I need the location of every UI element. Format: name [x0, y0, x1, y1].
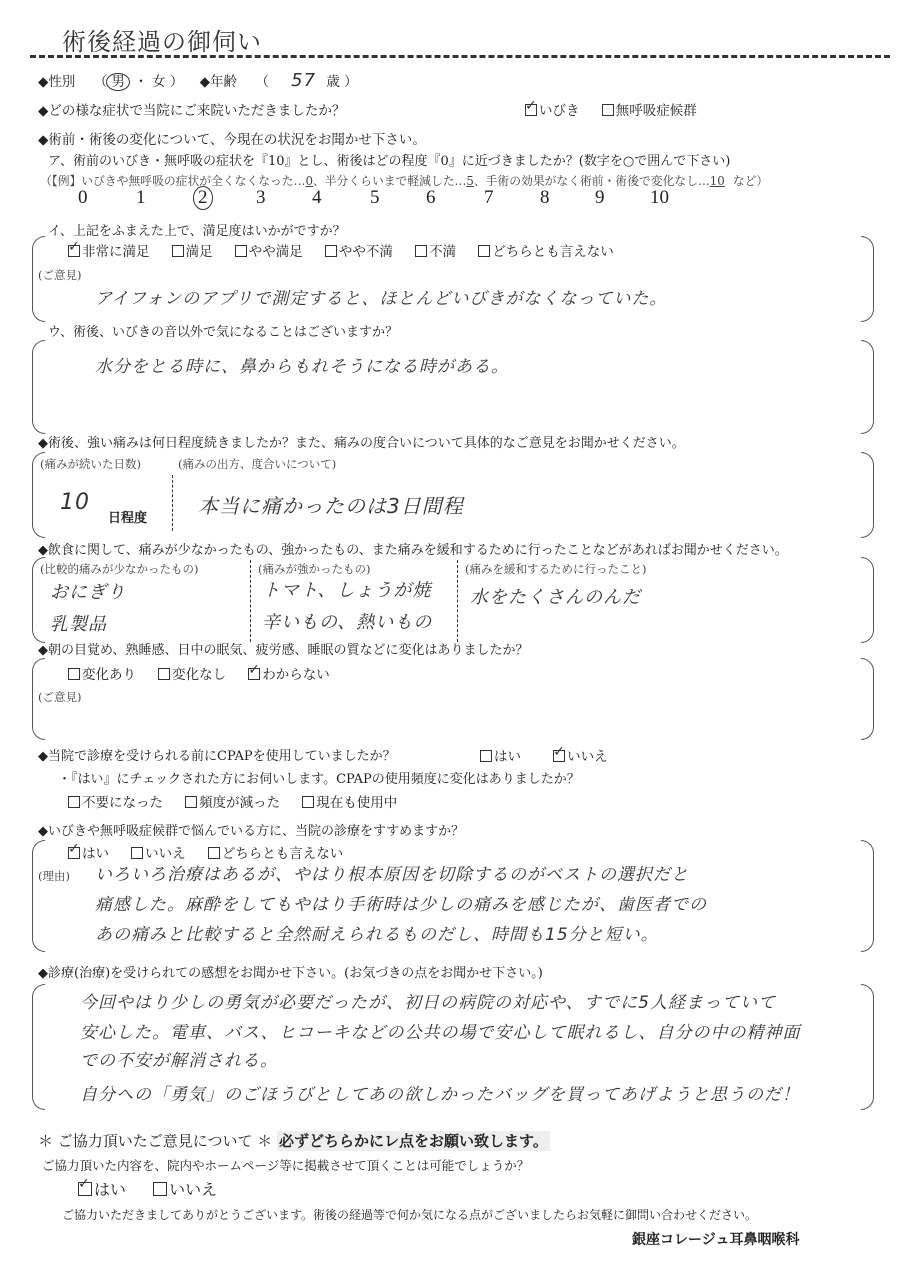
- change-sub-a: ア、術前のいびき・無呼吸の症状を『10』とし、術後はどの程度『0』に近づきました…: [48, 150, 730, 169]
- consent-question: ご協力頂いた内容を、院内やホームページ等に掲載させて頂くことは可能でしょうか？: [42, 1156, 529, 1174]
- sleep-options: 変化あり 変化なし わからない: [68, 663, 348, 683]
- consent-option-yes[interactable]: はい: [78, 1177, 126, 1200]
- checkbox-icon[interactable]: [68, 847, 80, 859]
- pain-days-unit: 日程度: [108, 507, 147, 526]
- recommend-options: はい いいえ どちらとも言えない: [68, 842, 361, 862]
- recommend-option-yes[interactable]: はい: [68, 842, 109, 862]
- checkbox-icon[interactable]: [302, 796, 314, 808]
- checkbox-icon[interactable]: [158, 668, 170, 680]
- checkbox-icon[interactable]: [78, 1182, 92, 1196]
- sleep-option-changed[interactable]: 変化あり: [68, 663, 136, 683]
- checkbox-icon[interactable]: [248, 668, 260, 680]
- checkbox-icon[interactable]: [131, 847, 143, 859]
- consent-option-no[interactable]: いいえ: [153, 1177, 217, 1200]
- satisfaction-option-neither[interactable]: どちらとも言えない: [478, 240, 614, 260]
- checkbox-icon[interactable]: [68, 668, 80, 680]
- satisfaction-option-dissatisfied[interactable]: 不満: [415, 240, 456, 260]
- cpap-option-yes[interactable]: はい: [480, 745, 521, 765]
- title-divider: [30, 55, 890, 58]
- impression-line-1[interactable]: 今回やはり少しの勇気が必要だったが、初日の病院の対応や、すでに5人経まっていて: [80, 988, 776, 1013]
- recommend-option-neither[interactable]: どちらとも言えない: [208, 842, 344, 862]
- pain-days-value[interactable]: 10: [60, 490, 90, 515]
- food-strong-item-2[interactable]: 辛いもの、熱いもの: [262, 608, 432, 634]
- food-divider-1: [250, 560, 251, 642]
- impression-question: ◆診療(治療)を受けられての感想をお聞かせ下さい。(お気づきの点をお聞かせ下さい…: [38, 962, 543, 981]
- checkbox-icon[interactable]: [415, 245, 427, 257]
- consent-required-note: 必ずどちらかにレ点をお願い致します。: [277, 1131, 550, 1151]
- page-title: 術後経過の御伺い: [62, 22, 262, 57]
- checkbox-icon[interactable]: [525, 104, 537, 116]
- pain-detail-label: (痛みの出方、度合いについて): [178, 456, 336, 472]
- other-concerns-answer[interactable]: 水分をとる時に、鼻からもれそうになる時がある。: [95, 352, 509, 377]
- checkbox-icon[interactable]: [172, 245, 184, 257]
- sleep-option-no-change[interactable]: 変化なし: [158, 663, 226, 683]
- satisfaction-option-very-satisfied[interactable]: 非常に満足: [68, 240, 150, 260]
- checkbox-icon[interactable]: [153, 1182, 167, 1196]
- pain-divider: [172, 475, 173, 531]
- cpap-followup-less-often[interactable]: 頻度が減った: [185, 791, 280, 811]
- food-relief[interactable]: 水をたくさんのんだ: [470, 583, 641, 609]
- food-relief-label: (痛みを緩和するために行ったこと): [465, 561, 646, 577]
- pain-detail[interactable]: 本当に痛かったのは3日間程: [198, 490, 464, 519]
- scale-1[interactable]: 1: [136, 187, 146, 209]
- food-strong-label: (痛みが強かったもの): [258, 561, 370, 577]
- satisfaction-opinion[interactable]: アイフォンのアプリで測定すると、ほとんどいびきがなくなっていた。: [95, 284, 667, 309]
- checkbox-icon[interactable]: [208, 847, 220, 859]
- symptom-option-snoring[interactable]: いびき: [525, 99, 580, 119]
- food-less-label: (比較的痛みが少なかったもの): [40, 561, 198, 577]
- recommend-reason-line-2[interactable]: 痛感した。麻酔をしてもやはり手術時は少しの痛みを感じたが、歯医者での: [95, 890, 707, 915]
- scale-7[interactable]: 7: [484, 187, 494, 209]
- checkbox-icon[interactable]: [185, 796, 197, 808]
- checkbox-icon[interactable]: [480, 750, 492, 762]
- food-less-item-2[interactable]: 乳製品: [50, 610, 107, 636]
- recommend-reason-label: (理由): [38, 868, 70, 884]
- food-question: ◆飲食に関して、痛みが少なかったもの、強かったもの、また痛みを緩和するために行っ…: [38, 539, 788, 558]
- cpap-question: ◆当院で診療を受けられる前にCPAPを使用していましたか？: [38, 745, 396, 764]
- cpap-followup-options: 不要になった 頻度が減った 現在も使用中: [68, 791, 415, 811]
- checkbox-icon[interactable]: [478, 245, 490, 257]
- gender-age-row: ◆性別 （ 男 ・ 女 ） ◆年齢 （ 57 歳 ）: [38, 70, 358, 91]
- gender-option-male[interactable]: 男: [106, 73, 130, 91]
- pain-question: ◆術後、強い痛みは何日程度続きましたか？また、痛みの度合いについて具体的なご意見…: [38, 432, 685, 451]
- scale-6[interactable]: 6: [426, 187, 436, 209]
- scale-3[interactable]: 3: [256, 187, 266, 209]
- change-scale: 0 1 2 3 4 5 6 7 8 9 10: [0, 187, 900, 213]
- impression-line-4[interactable]: 自分への「勇気」のごほうびとしてあの欲しかったバッグを買ってあげようと思うのだ！: [80, 1080, 800, 1105]
- consent-options: はい いいえ: [78, 1177, 235, 1200]
- recommend-reason-line-1[interactable]: いろいろ治療はあるが、やはり根本原因を切除するのがベストの選択だと: [95, 860, 689, 885]
- satisfaction-option-somewhat-dissatisfied[interactable]: やや不満: [325, 240, 393, 260]
- scale-0[interactable]: 0: [78, 187, 88, 209]
- scale-9[interactable]: 9: [595, 187, 605, 209]
- sleep-opinion-label: (ご意見): [38, 689, 81, 705]
- checkbox-icon[interactable]: [553, 750, 565, 762]
- cpap-option-no[interactable]: いいえ: [553, 745, 608, 765]
- scale-8[interactable]: 8: [540, 187, 550, 209]
- checkbox-icon[interactable]: [235, 245, 247, 257]
- clinic-name: 銀座コレージュ耳鼻咽喉科: [632, 1229, 799, 1249]
- symptom-question: ◆どの様な症状で当院にご来院いただきましたか？: [38, 99, 345, 119]
- scale-2-selected[interactable]: 2: [193, 186, 213, 210]
- scale-10[interactable]: 10: [650, 187, 669, 209]
- scale-4[interactable]: 4: [312, 187, 322, 209]
- symptom-option-apnea[interactable]: 無呼吸症候群: [602, 99, 697, 119]
- recommend-option-no[interactable]: いいえ: [131, 842, 186, 862]
- cpap-followup: ・『はい』にチェックされた方にお伺いします。CPAPの使用頻度に変化はありました…: [58, 768, 580, 787]
- sleep-question: ◆朝の目覚め、熟睡感、日中の眠気、疲労感、睡眠の質などに変化はありましたか？: [38, 639, 528, 658]
- cpap-followup-still-using[interactable]: 現在も使用中: [302, 791, 397, 811]
- food-strong-item-1[interactable]: トマト、しょうが焼: [262, 576, 431, 602]
- satisfaction-option-somewhat-satisfied[interactable]: やや満足: [235, 240, 303, 260]
- consent-thanks: ご協力いただきましてありがとうございます。術後の経過等で何か気になる点がございま…: [62, 1206, 757, 1223]
- impression-line-2[interactable]: 安心した。電車、バス、ヒコーキなどの公共の場で安心して眠れるし、自分の中の精神面: [80, 1018, 801, 1043]
- recommend-question: ◆いびきや無呼吸症候群で悩んでいる方に、当院の診療をすすめますか？: [38, 820, 464, 839]
- checkbox-icon[interactable]: [325, 245, 337, 257]
- gender-label: ◆性別: [38, 74, 75, 90]
- cpap-followup-not-needed[interactable]: 不要になった: [68, 791, 163, 811]
- satisfaction-option-satisfied[interactable]: 満足: [172, 240, 213, 260]
- consent-heading: ＊ ご協力頂いたご意見について ＊ 必ずどちらかにレ点をお願い致します。: [38, 1130, 550, 1151]
- age-value[interactable]: 57: [291, 70, 316, 91]
- impression-line-3[interactable]: での不安が解消される。: [80, 1046, 278, 1071]
- sleep-option-unknown[interactable]: わからない: [248, 663, 330, 683]
- checkbox-icon[interactable]: [602, 104, 614, 116]
- food-divider-2: [457, 560, 458, 642]
- gender-option-female[interactable]: 女: [152, 74, 166, 90]
- satisfaction-options: 非常に満足 満足 やや満足 やや不満 不満 どちらとも言えない: [68, 240, 632, 260]
- cpap-options: はい いいえ: [480, 745, 626, 765]
- recommend-reason-line-3[interactable]: あの痛みと比較すると全然耐えられるものだし、時間も15分と短い。: [95, 920, 659, 945]
- checkbox-icon[interactable]: [68, 796, 80, 808]
- age-label: ◆年齢: [200, 74, 237, 90]
- pain-days-label: (痛みが続いた日数): [40, 456, 141, 472]
- checkbox-icon[interactable]: [68, 245, 80, 257]
- other-concerns-question: ウ、術後、いびきの音以外で気になることはございますか？: [48, 321, 398, 340]
- change-question: ◆術前・術後の変化について、今現在の状況をお聞かせ下さい。: [38, 128, 426, 148]
- food-less-item-1[interactable]: おにぎり: [50, 578, 126, 604]
- scale-5[interactable]: 5: [370, 187, 380, 209]
- symptom-options: いびき 無呼吸症候群: [525, 99, 715, 119]
- satisfaction-opinion-label: (ご意見): [38, 267, 81, 283]
